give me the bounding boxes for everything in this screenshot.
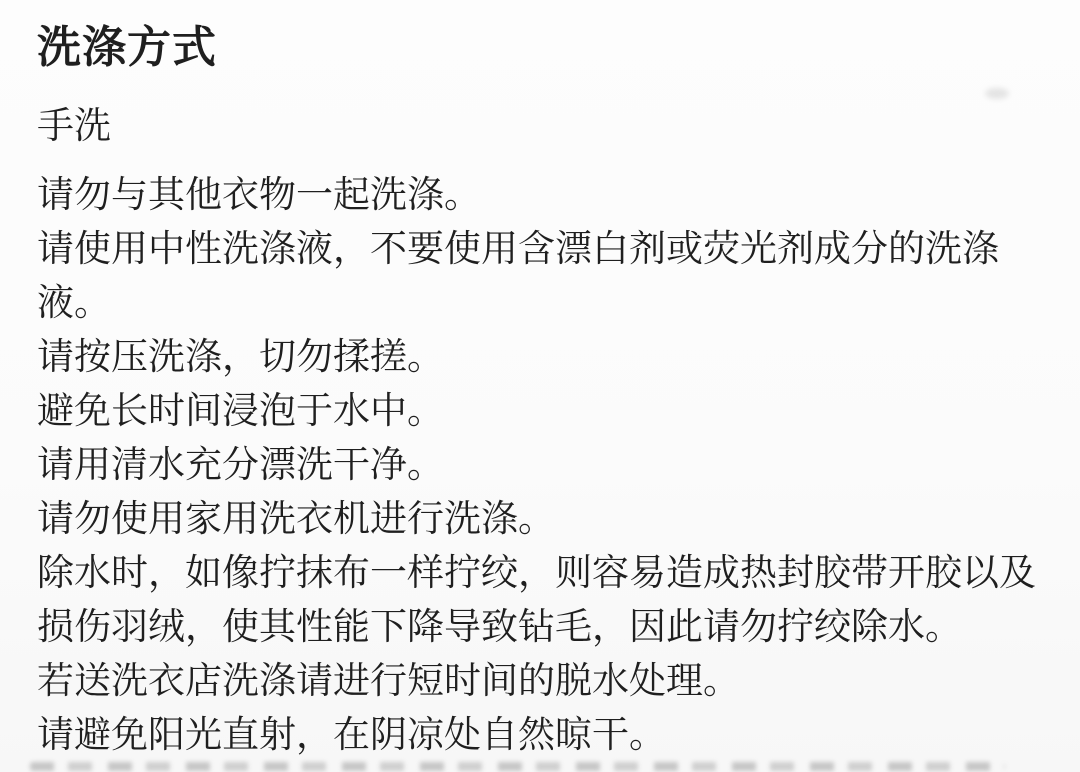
instruction-line: 请避免阳光直射，在阴凉处自然晾干。	[37, 708, 1047, 762]
instruction-line: 除水时，如像拧抹布一样拧绞，则容易造成热封胶带开胶以及损伤羽绒，使其性能下降导致…	[37, 546, 1047, 654]
photo-smudge	[985, 88, 1009, 99]
document-title: 洗涤方式	[37, 22, 217, 74]
instruction-line: 请按压洗涤，切勿揉搓。	[37, 330, 1047, 384]
instruction-line: 避免长时间浸泡于水中。	[37, 384, 1047, 438]
care-instructions-document: 洗涤方式 手洗 请勿与其他衣物一起洗涤。 请使用中性洗涤液，不要使用含漂白剂或荧…	[0, 0, 1080, 772]
cutoff-text-blur	[30, 762, 1005, 771]
wash-method-label: 手洗	[37, 103, 111, 149]
instruction-line: 请使用中性洗涤液，不要使用含漂白剂或荧光剂成分的洗涤液。	[37, 222, 1047, 330]
instruction-list: 请勿与其他衣物一起洗涤。 请使用中性洗涤液，不要使用含漂白剂或荧光剂成分的洗涤液…	[37, 168, 1047, 762]
instruction-line: 请勿与其他衣物一起洗涤。	[37, 168, 1047, 222]
instruction-line: 请用清水充分漂洗干净。	[37, 438, 1047, 492]
instruction-line: 请勿使用家用洗衣机进行洗涤。	[37, 492, 1047, 546]
instruction-line: 若送洗衣店洗涤请进行短时间的脱水处理。	[37, 654, 1047, 708]
